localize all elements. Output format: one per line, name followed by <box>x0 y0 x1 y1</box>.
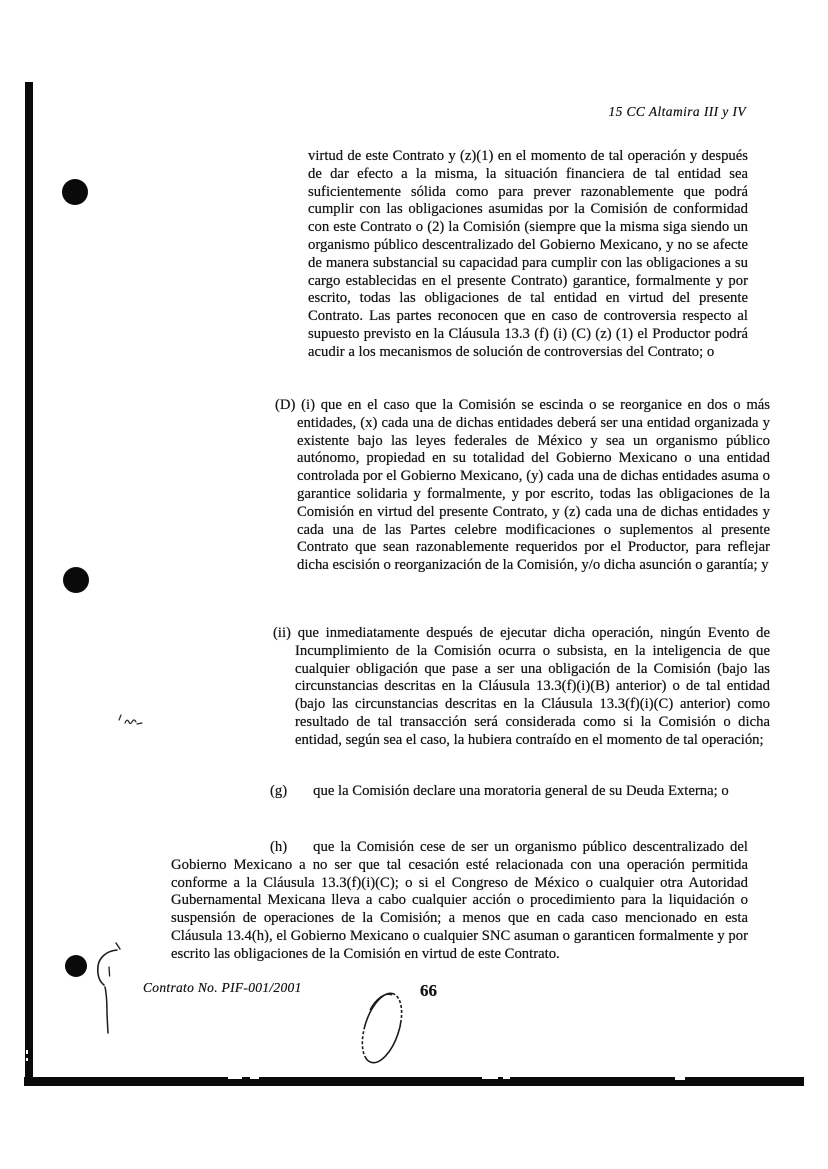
page-number: 66 <box>420 981 437 1001</box>
scan-bar-white-notch <box>503 1077 510 1079</box>
hole-punch-mark <box>65 955 87 977</box>
header-doc-reference: 15 CC Altamira III y IV <box>608 104 746 120</box>
clause-g-text: que la Comisión declare una moratoria ge… <box>313 783 729 799</box>
handwritten-paraph-mark <box>98 943 120 1033</box>
handwritten-oval-loop <box>355 989 410 1068</box>
scan-bar-white-notch <box>250 1077 259 1079</box>
scan-bar-white-notch <box>482 1077 498 1079</box>
clause-g: (g)que la Comisión declare una moratoria… <box>171 783 748 801</box>
clause-ii: (ii) que inmediatamente después de ejecu… <box>273 625 770 750</box>
footer-contract-number: Contrato No. PIF-001/2001 <box>143 980 302 996</box>
hole-punch-mark <box>63 567 89 593</box>
clause-g-marker: (g) <box>270 783 287 799</box>
clause-h-text: que la Comisión cese de ser un organismo… <box>171 839 748 962</box>
clause-D-text: que en el caso que la Comisión se escind… <box>297 397 770 573</box>
clause-ii-text: que inmediatamente después de ejecutar d… <box>295 625 770 748</box>
paragraph-continuation: virtud de este Contrato y (z)(1) en el m… <box>308 148 748 362</box>
scan-bar-white-notch <box>228 1077 242 1079</box>
scan-edge-left-bar <box>25 82 33 1086</box>
scan-bar-white-notch <box>26 1050 28 1054</box>
clause-h-marker: (h) <box>270 839 287 855</box>
clause-D-marker: (D) <box>275 397 295 413</box>
clause-D: (D) (i) que en el caso que la Comisión s… <box>275 397 770 575</box>
clause-ii-marker: (ii) <box>273 625 291 641</box>
clause-D-submarker: (i) <box>301 397 315 413</box>
scan-bar-white-notch <box>26 1058 28 1061</box>
scan-edge-bottom-bar <box>24 1077 804 1086</box>
handwritten-margin-scribble <box>119 715 142 724</box>
clause-h: (h)que la Comisión cese de ser un organi… <box>171 839 748 964</box>
scan-bar-white-notch <box>675 1077 685 1080</box>
scanned-contract-page: 15 CC Altamira III y IV virtud de este C… <box>0 0 828 1169</box>
hole-punch-mark <box>62 179 88 205</box>
